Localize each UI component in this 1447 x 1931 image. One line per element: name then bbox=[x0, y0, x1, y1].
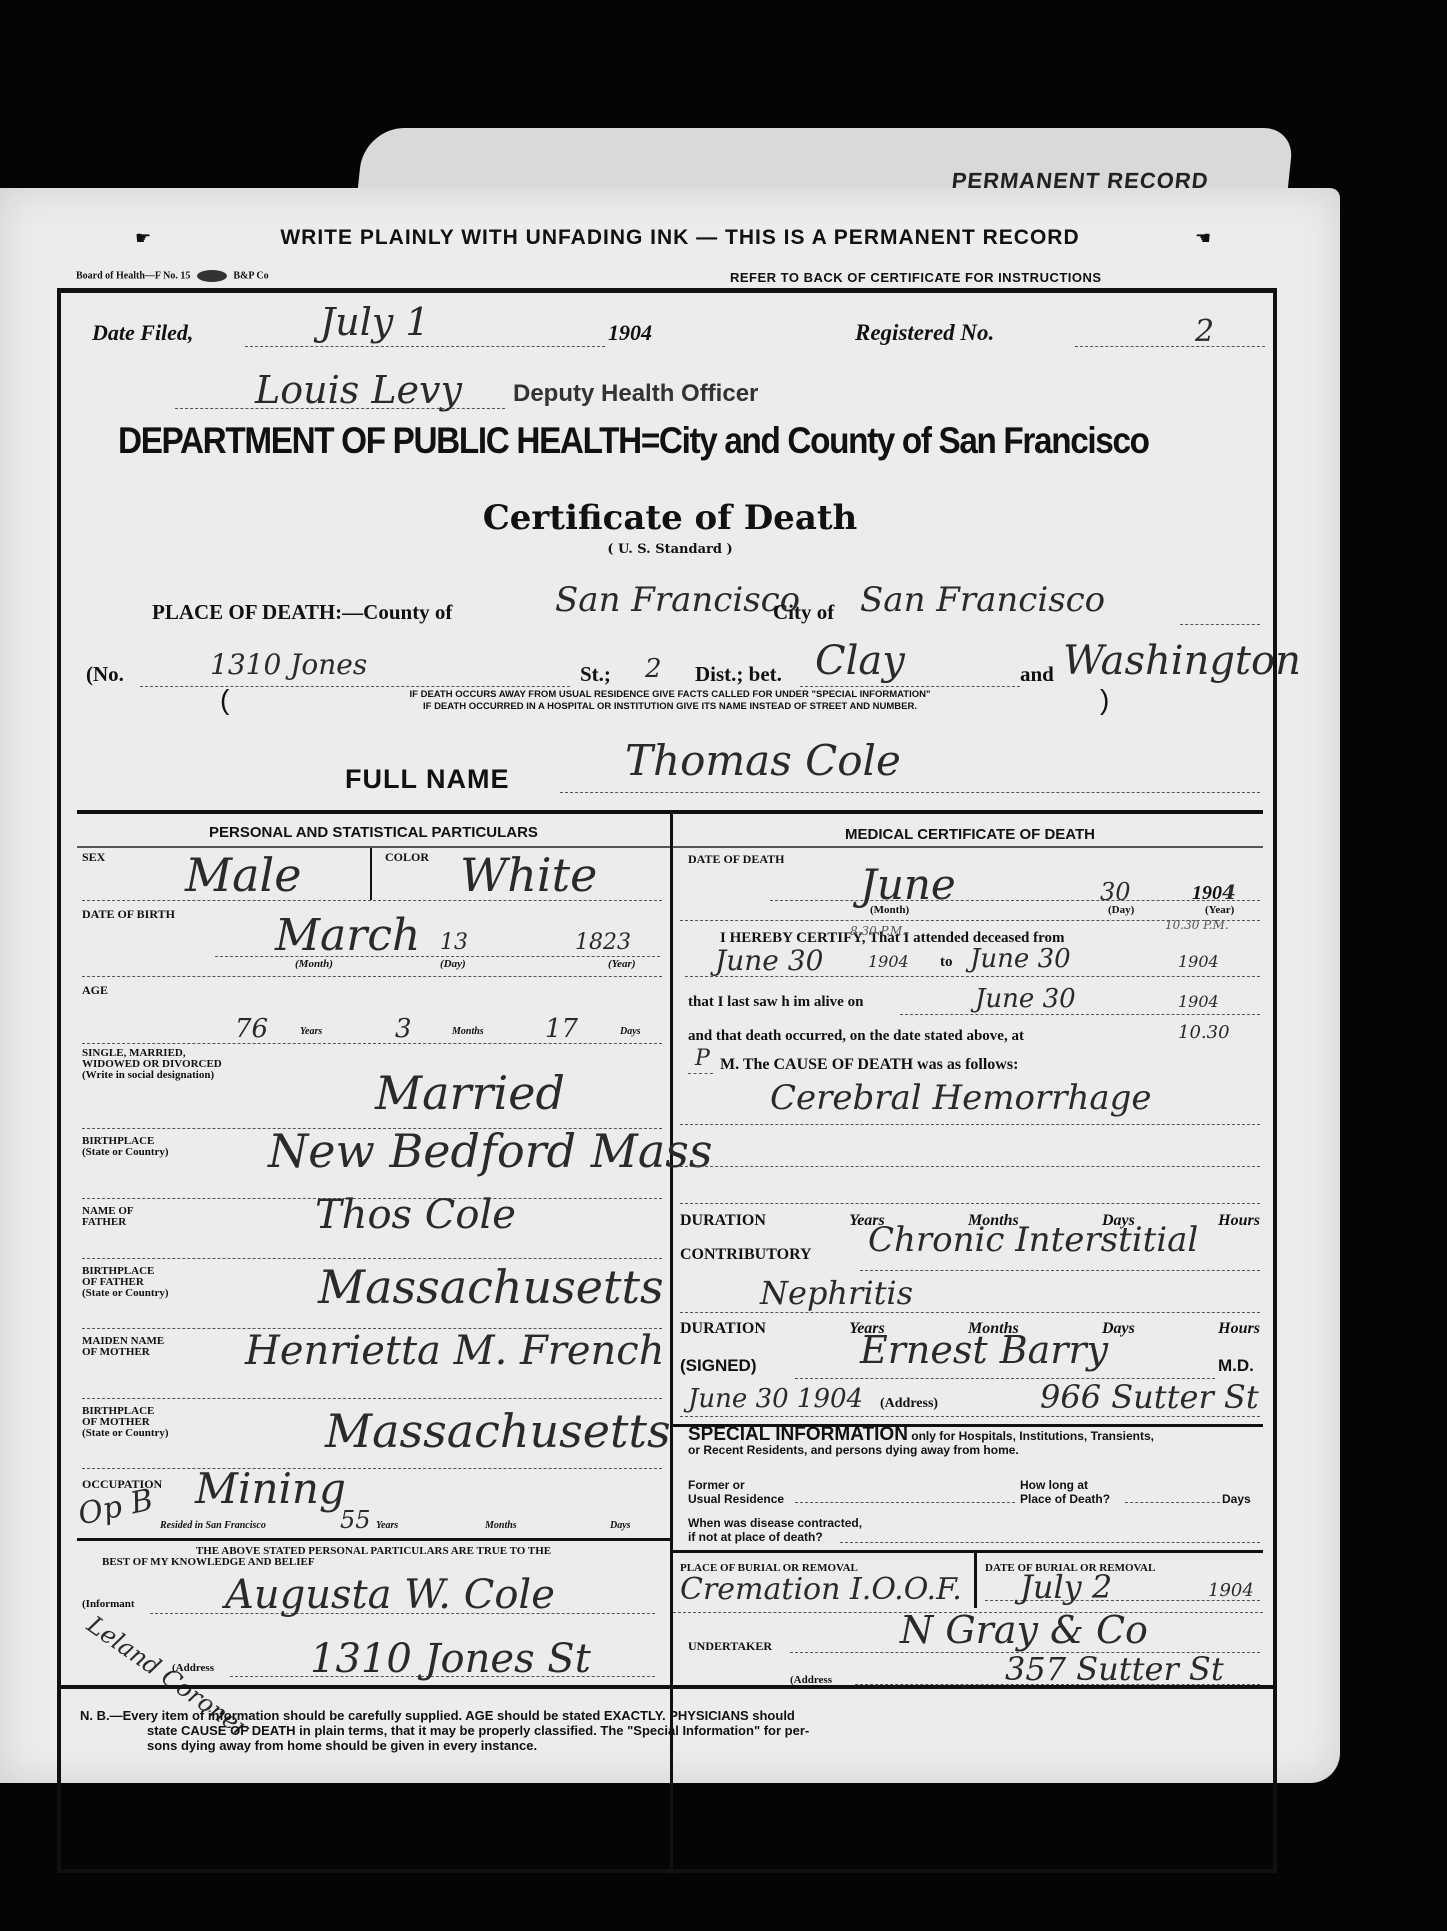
dod-month-caption: (Month) bbox=[870, 904, 909, 916]
death-certificate: WRITE PLAINLY WITH UNFADING INK — THIS I… bbox=[0, 188, 1340, 1783]
physician-signature: Ernest Barry bbox=[860, 1328, 1108, 1372]
age-years: 76 bbox=[235, 1014, 268, 1044]
marital-label: SINGLE, MARRIED, WIDOWED OR DIVORCED (Wr… bbox=[82, 1048, 222, 1081]
full-name-value: Thomas Cole bbox=[625, 736, 901, 785]
close-paren: ) bbox=[1100, 684, 1109, 716]
contributory-cause-1: Chronic Interstitial bbox=[868, 1220, 1198, 1260]
birthplace-label: BIRTHPLACE (State or Country) bbox=[82, 1136, 169, 1158]
medical-heading: MEDICAL CERTIFICATE OF DEATH bbox=[675, 826, 1265, 843]
special-info-subtitle-2: or Recent Residents, and persons dying a… bbox=[688, 1443, 1154, 1457]
resided-label: Resided in San Francisco bbox=[160, 1520, 266, 1531]
dod-label: DATE OF DEATH bbox=[688, 853, 784, 865]
st-label: St.; bbox=[580, 662, 611, 687]
color-label: COLOR bbox=[385, 851, 429, 863]
footer-note-line-3: sons dying away from home should be give… bbox=[80, 1738, 1180, 1753]
place-note-line-1: IF DEATH OCCURS AWAY FROM USUAL RESIDENC… bbox=[240, 689, 1100, 701]
instructions-note: REFER TO BACK OF CERTIFICATE FOR INSTRUC… bbox=[730, 270, 1102, 285]
informant-address-label: (Address bbox=[172, 1662, 214, 1674]
special-info-heading: SPECIAL INFORMATION only for Hospitals, … bbox=[688, 1428, 1154, 1457]
dod-year-caption: (Year) bbox=[1205, 904, 1234, 916]
street-no-label: (No. bbox=[86, 662, 124, 687]
special-info-subtitle: only for Hospitals, Institutions, Transi… bbox=[911, 1429, 1154, 1443]
open-paren: ( bbox=[220, 684, 229, 716]
county-value: San Francisco bbox=[555, 580, 800, 620]
registered-no-label: Registered No. bbox=[855, 320, 994, 346]
last-saw-date: June 30 bbox=[975, 984, 1076, 1014]
how-long-label: How long at Place of Death? bbox=[1020, 1478, 1110, 1506]
mother-label-line-2: OF MOTHER bbox=[82, 1347, 164, 1358]
color-value: White bbox=[460, 848, 597, 902]
union-label-icon bbox=[197, 270, 227, 282]
and-label: and bbox=[1020, 662, 1054, 687]
undertaker-address: 357 Sutter St bbox=[1005, 1650, 1224, 1688]
pointing-hand-icon: ☚ bbox=[1195, 228, 1211, 249]
registered-no-value: 2 bbox=[1195, 314, 1214, 349]
age-months: 3 bbox=[395, 1014, 412, 1044]
full-name-label: FULL NAME bbox=[345, 764, 510, 795]
father-label-line-2: FATHER bbox=[82, 1217, 134, 1228]
age-label: AGE bbox=[82, 984, 108, 996]
death-time: 10.30 bbox=[1178, 1022, 1230, 1043]
age-months-caption: Months bbox=[452, 1026, 484, 1037]
mother-bp-label-line-3: (State or Country) bbox=[82, 1428, 169, 1439]
dob-year-caption: (Year) bbox=[608, 958, 636, 970]
street-no-value: 1310 Jones bbox=[210, 648, 367, 681]
attended-to-time: 10.30 P.M. bbox=[1165, 918, 1229, 932]
dob-month: March bbox=[275, 910, 420, 961]
place-of-death-label: PLACE OF DEATH:—County of bbox=[152, 600, 452, 625]
footer-note: N. B.—Every item of information should b… bbox=[80, 1708, 1180, 1753]
contributory-cause-2: Nephritis bbox=[760, 1274, 913, 1312]
to-label: to bbox=[940, 954, 953, 971]
attended-from: June 30 bbox=[715, 944, 823, 977]
printer-name: B&P Co bbox=[233, 270, 268, 281]
burial-date-value: July 2 bbox=[1020, 1568, 1112, 1606]
footer-note-line-1: N. B.—Every item of information should b… bbox=[80, 1708, 1180, 1723]
cause-of-death: Cerebral Hemorrhage bbox=[770, 1078, 1152, 1118]
form-number: Board of Health—F No. 15 bbox=[76, 270, 190, 281]
resided-years: 55 bbox=[340, 1506, 371, 1534]
age-days-caption: Days bbox=[620, 1026, 641, 1037]
physician-address: 966 Sutter St bbox=[1040, 1378, 1259, 1416]
marital-value: Married bbox=[375, 1066, 565, 1120]
attended-to-year: 1904 bbox=[1178, 952, 1219, 971]
duration-hours: Hours bbox=[1218, 1212, 1260, 1230]
dob-month-caption: (Month) bbox=[295, 958, 333, 970]
dob-year: 1823 bbox=[575, 930, 631, 955]
place-of-death-note: IF DEATH OCCURS AWAY FROM USUAL RESIDENC… bbox=[240, 689, 1100, 713]
city-value: San Francisco bbox=[860, 580, 1105, 620]
undertaker-label: UNDERTAKER bbox=[688, 1640, 772, 1652]
attended-to: June 30 bbox=[970, 944, 1071, 974]
city-label: City of bbox=[773, 600, 834, 625]
footer-note-line-2: state CAUSE OF DEATH in plain terms, tha… bbox=[80, 1723, 1180, 1738]
sex-value: Male bbox=[185, 848, 301, 902]
attestation-line-2: BEST OF MY KNOWLEDGE AND BELIEF bbox=[77, 1557, 670, 1568]
burial-year: 1904 bbox=[1208, 1580, 1254, 1601]
former-label-2: Usual Residence bbox=[688, 1492, 784, 1506]
date-filed-value: July 1 bbox=[320, 300, 430, 344]
personal-heading: PERSONAL AND STATISTICAL PARTICULARS bbox=[77, 824, 670, 841]
age-years-caption: Years bbox=[300, 1026, 322, 1037]
pointing-hand-icon: ☛ bbox=[135, 228, 151, 249]
meridiem: P bbox=[695, 1046, 710, 1071]
former-label-1: Former or bbox=[688, 1478, 784, 1492]
informant-address-value: 1310 Jones St bbox=[310, 1636, 591, 1682]
officer-signature: Louis Levy bbox=[255, 368, 462, 412]
contracted-label-1: When was disease contracted, bbox=[688, 1516, 862, 1530]
district-value: 2 bbox=[645, 654, 662, 684]
undertaker-address-label: (Address bbox=[790, 1674, 832, 1686]
signed-label: (SIGNED) bbox=[680, 1356, 757, 1376]
sex-label: SEX bbox=[82, 851, 105, 863]
dod-month: June bbox=[860, 860, 956, 909]
signed-date: June 30 1904 bbox=[688, 1384, 863, 1414]
banner-text: WRITE PLAINLY WITH UNFADING INK — THIS I… bbox=[135, 226, 1225, 250]
birthplace-value: New Bedford Mass bbox=[268, 1124, 712, 1178]
father-birthplace-label: BIRTHPLACE OF FATHER (State or Country) bbox=[82, 1266, 169, 1299]
undertaker-value: N Gray & Co bbox=[900, 1608, 1148, 1652]
resided-years-caption: Years bbox=[376, 1520, 398, 1531]
mother-name-value: Henrietta M. French bbox=[245, 1328, 664, 1374]
burial-place-value: Cremation I.O.O.F. bbox=[680, 1572, 962, 1607]
mother-birthplace-label: BIRTHPLACE OF MOTHER (State or Country) bbox=[82, 1406, 169, 1439]
date-filed-label: Date Filed, bbox=[92, 320, 193, 346]
special-info-title: SPECIAL INFORMATION bbox=[688, 1424, 908, 1445]
dod-year-prefix: 190 bbox=[1192, 882, 1222, 904]
contracted-label: When was disease contracted, if not at p… bbox=[688, 1516, 862, 1544]
duration-label: DURATION bbox=[680, 1320, 766, 1338]
duration-label: DURATION bbox=[680, 1212, 766, 1230]
last-saw-year: 1904 bbox=[1178, 992, 1219, 1011]
how-long-label-2: Place of Death? bbox=[1020, 1492, 1110, 1506]
place-note-line-2: IF DEATH OCCURRED IN A HOSPITAL OR INSTI… bbox=[240, 701, 1100, 713]
dob-day: 13 bbox=[440, 930, 468, 955]
father-birthplace-value: Massachusetts bbox=[318, 1260, 664, 1314]
last-saw-label: that I last saw h im alive on bbox=[688, 994, 863, 1011]
attestation-text: THE ABOVE STATED PERSONAL PARTICULARS AR… bbox=[77, 1546, 670, 1568]
days-label: Days bbox=[1222, 1492, 1251, 1506]
between-street-2: Washington bbox=[1063, 638, 1301, 684]
dod-year: 1904 bbox=[1192, 880, 1236, 905]
duration-hours: Hours bbox=[1218, 1320, 1260, 1338]
former-residence-label: Former or Usual Residence bbox=[688, 1478, 784, 1506]
dod-day: 30 bbox=[1100, 878, 1131, 906]
attended-from-time: 8.30 P.M. bbox=[850, 924, 906, 938]
dod-day-caption: (Day) bbox=[1108, 904, 1134, 916]
how-long-label-1: How long at bbox=[1020, 1478, 1110, 1492]
department-title: DEPARTMENT OF PUBLIC HEALTH=City and Cou… bbox=[118, 420, 1149, 462]
marital-label-line-3: (Write in social designation) bbox=[82, 1070, 222, 1081]
occurred-label: and that death occurred, on the date sta… bbox=[688, 1028, 1024, 1045]
informant-value: Augusta W. Cole bbox=[225, 1572, 555, 1618]
physician-address-label: (Address) bbox=[880, 1396, 938, 1412]
form-id: Board of Health—F No. 15 B&P Co bbox=[76, 270, 269, 282]
dob-label: DATE OF BIRTH bbox=[82, 908, 175, 920]
occupation-value: Mining bbox=[195, 1464, 346, 1513]
dod-year-suffix: 4 bbox=[1222, 880, 1236, 904]
date-filed-year: 1904 bbox=[608, 320, 652, 346]
father-name-label: NAME OF FATHER bbox=[82, 1206, 134, 1228]
officer-title: Deputy Health Officer bbox=[513, 380, 758, 408]
mother-name-label: MAIDEN NAME OF MOTHER bbox=[82, 1336, 164, 1358]
informant-label: (Informant bbox=[82, 1598, 135, 1610]
contributory-label: CONTRIBUTORY bbox=[680, 1246, 812, 1264]
father-bp-label-line-3: (State or Country) bbox=[82, 1288, 169, 1299]
cause-label: M. The CAUSE OF DEATH was as follows: bbox=[720, 1056, 1018, 1074]
mother-birthplace-value: Massachusetts bbox=[325, 1404, 671, 1458]
age-days: 17 bbox=[545, 1014, 578, 1044]
resided-days-caption: Days bbox=[610, 1520, 631, 1531]
resided-months-caption: Months bbox=[485, 1520, 517, 1531]
certificate-title: Certificate of Death bbox=[0, 498, 1340, 538]
md-label: M.D. bbox=[1218, 1356, 1254, 1376]
attended-from-year: 1904 bbox=[868, 952, 909, 971]
standard-subtitle: ( U. S. Standard ) bbox=[0, 542, 1340, 557]
contracted-label-2: if not at place of death? bbox=[688, 1530, 862, 1544]
between-street-1: Clay bbox=[815, 638, 905, 684]
dob-day-caption: (Day) bbox=[440, 958, 466, 970]
district-between-label: Dist.; bet. bbox=[695, 662, 782, 687]
birthplace-label-line-2: (State or Country) bbox=[82, 1147, 169, 1158]
father-name-value: Thos Cole bbox=[315, 1192, 516, 1238]
